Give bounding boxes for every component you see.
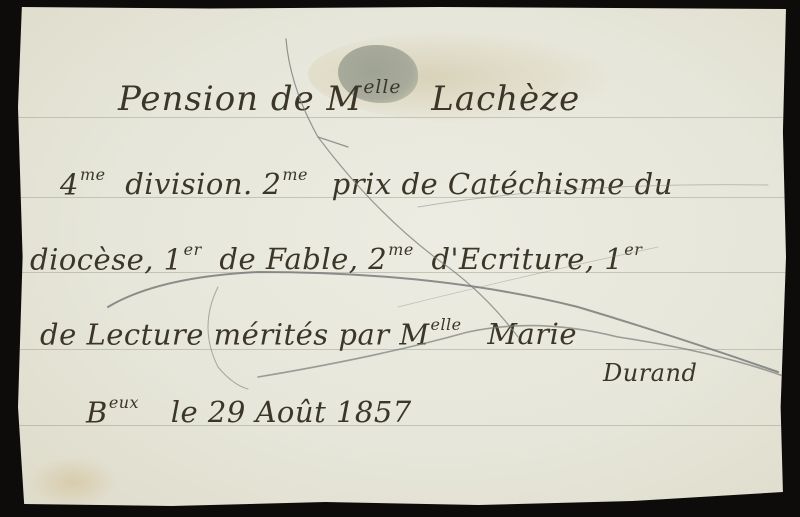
fable-rank-sup: er	[184, 240, 202, 259]
date-text: le 29 Août 1857	[171, 395, 412, 429]
body-line-1: 4me division. 2me prix de Catéchisme du	[60, 165, 673, 201]
prize-diocese: diocèse, 1	[30, 242, 183, 276]
division-number-sup: me	[80, 165, 106, 184]
division-label: division. 2	[125, 167, 281, 201]
prize-reading: de Lecture mérités par M	[40, 317, 430, 351]
heading-name: Lachèze	[431, 79, 580, 119]
prize-writing: d'Ecriture, 1	[431, 242, 623, 276]
heading-prefix-sup: elle	[363, 77, 401, 98]
date-line: Beux le 29 Août 1857	[86, 393, 412, 429]
reading-rank-sup: er	[624, 240, 642, 259]
writing-rank-sup: me	[388, 240, 414, 259]
place-sup: eux	[109, 393, 139, 412]
prize-catechism: prix de Catéchisme du	[332, 167, 673, 201]
heading-line: Pension de Melle Lachèze	[118, 77, 580, 119]
student-surname: Durand	[603, 359, 697, 387]
prize-fable: de Fable, 2	[219, 242, 387, 276]
body-line-2: diocèse, 1er de Fable, 2me d'Ecriture, 1…	[30, 240, 642, 276]
scanned-document: Pension de Melle Lachèze 4me division. 2…	[0, 0, 800, 517]
place-initial: B	[86, 395, 108, 429]
foxing-stain-corner	[28, 457, 118, 507]
surname-text: Durand	[603, 359, 697, 387]
student-title-sup: elle	[431, 315, 462, 334]
paper-sheet: Pension de Melle Lachèze 4me division. 2…	[18, 7, 786, 507]
body-line-3: de Lecture mérités par Melle Marie	[40, 315, 577, 351]
heading-prefix: Pension de M	[118, 79, 362, 119]
student-first-name: Marie	[487, 317, 577, 351]
prize-rank-sup: me	[282, 165, 308, 184]
division-number: 4	[60, 167, 79, 201]
